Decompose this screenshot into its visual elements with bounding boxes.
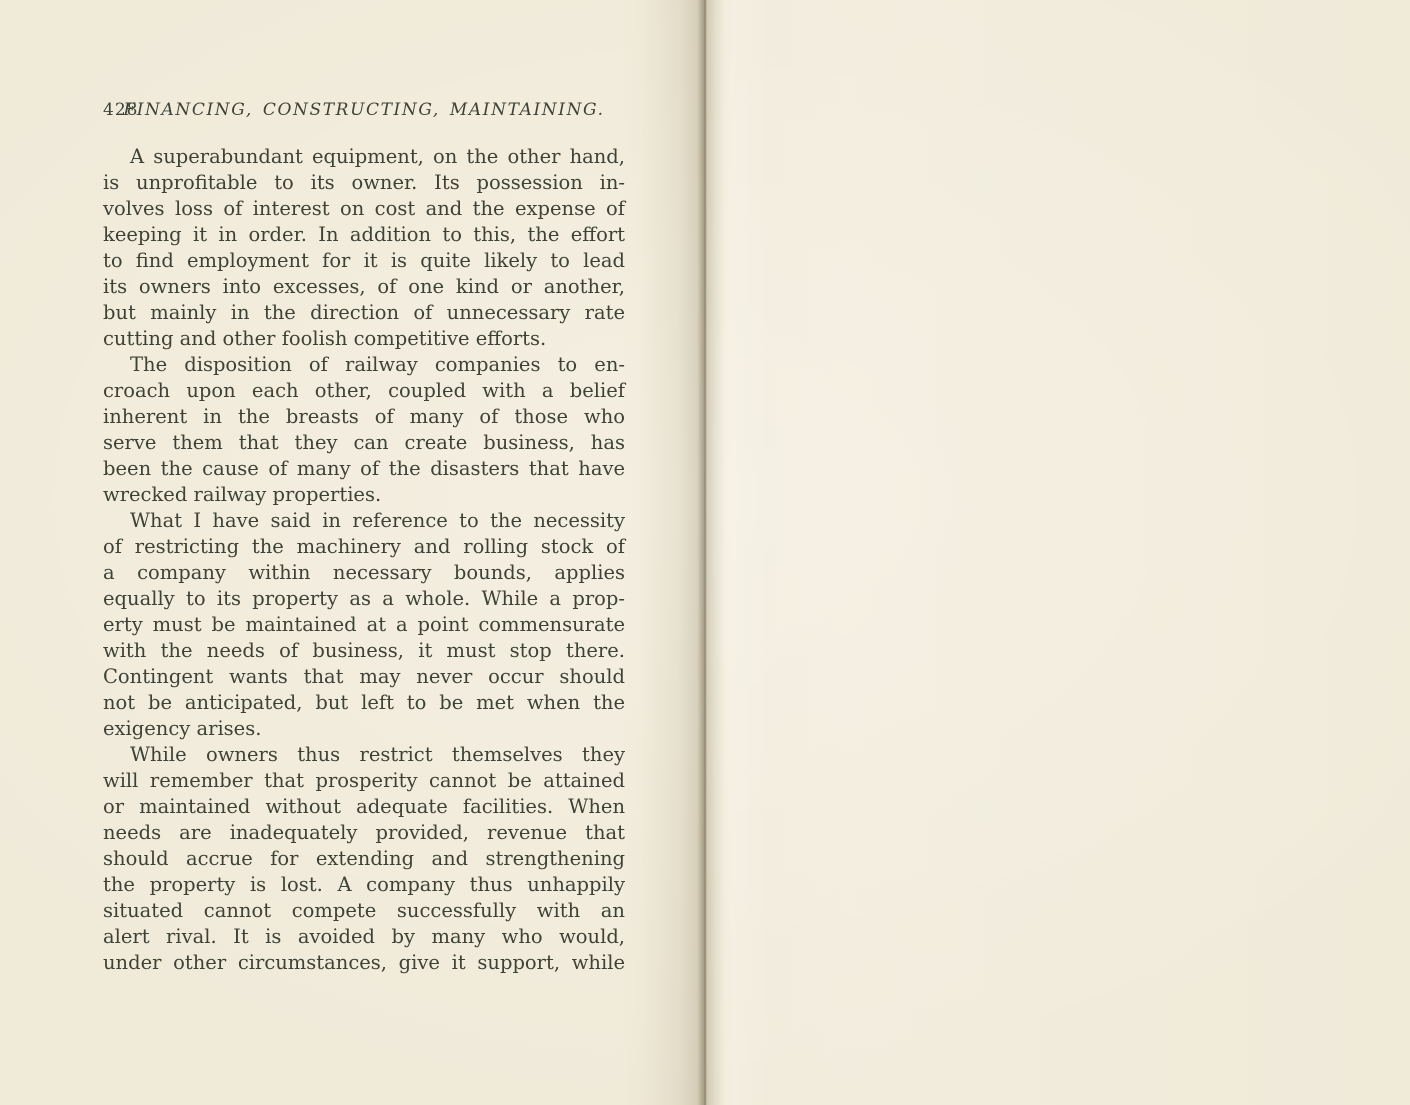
text-line: What I have said in reference to the nec… [103, 508, 625, 534]
text-line: should accrue for extending and strength… [103, 846, 625, 872]
text-line: croach upon each other, coupled with a b… [103, 378, 625, 404]
text-line: A superabundant equipment, on the other … [103, 144, 625, 170]
left-running-title: FINANCING, CONSTRUCTING, MAINTAINING. [103, 99, 625, 121]
text-line: volves loss of interest on cost and the … [103, 196, 625, 222]
text-line: under other circumstances, give it suppo… [103, 950, 625, 976]
text-line: alert rival. It is avoided by many who w… [103, 924, 625, 950]
text-line: Contingent wants that may never occur sh… [103, 664, 625, 690]
text-line: is unprofitable to its owner. Its posses… [103, 170, 625, 196]
text-line: with the needs of business, it must stop… [103, 638, 625, 664]
text-line: not be anticipated, but left to be met w… [103, 690, 625, 716]
text-line: While owners thus restrict themselves th… [103, 742, 625, 768]
text-line: cutting and other foolish competitive ef… [103, 326, 625, 352]
text-line: inherent in the breasts of many of those… [103, 404, 625, 430]
book-spread: 428 FINANCING, CONSTRUCTING, MAINTAINING… [0, 0, 1410, 1105]
text-line: needs are inadequately provided, revenue… [103, 820, 625, 846]
text-line: to find employment for it is quite likel… [103, 248, 625, 274]
right-page: FACILITIES AFFECT COST OF OPERATING. 429… [702, 0, 1410, 1105]
text-line: situated cannot compete successfully wit… [103, 898, 625, 924]
text-line: equally to its property as a whole. Whil… [103, 586, 625, 612]
text-line: a company within necessary bounds, appli… [103, 560, 625, 586]
left-page: 428 FINANCING, CONSTRUCTING, MAINTAINING… [0, 0, 702, 1105]
text-line: serve them that they can create business… [103, 430, 625, 456]
text-line: exigency arises. [103, 716, 625, 742]
text-line: its owners into excesses, of one kind or… [103, 274, 625, 300]
text-line: of restricting the machinery and rolling… [103, 534, 625, 560]
text-line: erty must be maintained at a point comme… [103, 612, 625, 638]
left-page-text: A superabundant equipment, on the other … [103, 144, 625, 976]
text-line: the property is lost. A company thus unh… [103, 872, 625, 898]
text-line: wrecked railway properties. [103, 482, 625, 508]
left-page-number: 428 [103, 99, 138, 121]
text-line: The disposition of railway companies to … [103, 352, 625, 378]
text-line: but mainly in the direction of unnecessa… [103, 300, 625, 326]
text-line: keeping it in order. In addition to this… [103, 222, 625, 248]
left-running-head: 428 FINANCING, CONSTRUCTING, MAINTAINING… [103, 99, 625, 121]
text-line: or maintained without adequate facilitie… [103, 794, 625, 820]
text-line: been the cause of many of the disasters … [103, 456, 625, 482]
text-line: will remember that prosperity cannot be … [103, 768, 625, 794]
